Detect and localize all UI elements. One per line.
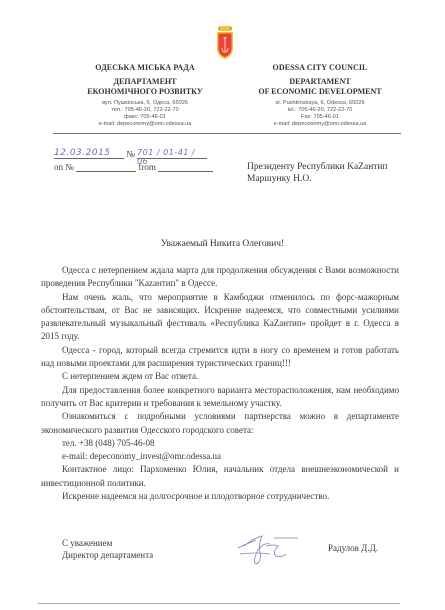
- email: e-mail: depeconomy@omr.odessa.ua: [45, 121, 245, 128]
- fax: Fax: 705-46-01: [220, 114, 420, 121]
- on-number-label: on №: [54, 162, 74, 172]
- contact-person: Контактное лицо: Пархоменко Юлия, началь…: [41, 463, 399, 490]
- salutation: Уважаемый Никита Олегович!: [0, 239, 445, 249]
- letterhead-english: ODESSA CITY COUNCIL DEPARTAMENT OF ECONO…: [220, 63, 420, 128]
- paragraph: Для предоставления более конкретного вар…: [41, 384, 399, 411]
- from-blank: [158, 161, 213, 172]
- from-label: from: [138, 162, 156, 172]
- dept-line1: ДЕПАРТАМЕНТ: [45, 77, 245, 87]
- dept-line2: OF ECONOMIC DEVELOPMENT: [220, 87, 420, 97]
- closing-block: С уважением Директор департамента: [62, 537, 153, 561]
- paragraph: Одесса с нетерпением ждала марта для про…: [41, 264, 399, 291]
- addressee-block: Президенту Республики KaZантип Маршунку …: [247, 161, 388, 185]
- contact-block-en: st. Pushkinskaya, 6, Odessa, 65026 tel.:…: [220, 100, 420, 128]
- phone: tel.: 705-46-20, 722-22-70: [220, 107, 420, 114]
- paragraph: Одесса - город, который всегда стремится…: [41, 344, 399, 371]
- number-sign: №: [126, 149, 135, 159]
- registration-line-incoming: on № from: [54, 161, 213, 172]
- email: e-mail: depeconomy@omr.odessa.ua: [220, 121, 420, 128]
- org-name-ua: ОДЕСЬКА МІСЬКА РАДА: [45, 63, 245, 72]
- dept-name-en: DEPARTAMENT OF ECONOMIC DEVELOPMENT: [220, 77, 420, 97]
- reg-number-handwritten: 701 / 01-41 / 06: [137, 148, 207, 159]
- on-number-blank: [76, 161, 136, 172]
- addressee-title: Президенту Республики KaZантип: [247, 161, 388, 173]
- odessa-coat-of-arms-icon: [216, 26, 234, 60]
- registration-line-outgoing: 12.03.2015 № 701 / 01-41 / 06: [54, 148, 207, 159]
- handwritten-signature-icon: [236, 532, 301, 568]
- fax: факс: 705-46-01: [45, 114, 245, 121]
- letterhead-divider: [53, 133, 401, 134]
- paragraph: С нетерпением ждем от Вас ответа.: [41, 370, 399, 383]
- contact-email: e-mail: depeconomy_invest@omr.odessa.ua: [41, 450, 399, 463]
- addressee-name: Маршунку Н.О.: [247, 173, 388, 185]
- letterhead-ukrainian: ОДЕСЬКА МІСЬКА РАДА ДЕПАРТАМЕНТ ЕКОНОМІЧ…: [45, 63, 245, 128]
- contact-block-ua: вул. Пушкінська, 6, Одеса, 65026 тел.: 7…: [45, 100, 245, 128]
- letter-body: Одесса с нетерпением ждала марта для про…: [41, 264, 399, 503]
- footer-divider: [38, 603, 400, 604]
- phone: тел.: 705-46-20, 722-22-70: [45, 107, 245, 114]
- dept-line1: DEPARTAMENT: [220, 77, 420, 87]
- org-name-en: ODESSA CITY COUNCIL: [220, 63, 420, 72]
- paragraph: Искренне надеемся на долгосрочное и плод…: [41, 490, 399, 503]
- contact-phone: тел. +38 (048) 705-46-08: [41, 437, 399, 450]
- paragraph: Нам очень жаль, что мероприятие в Камбод…: [41, 291, 399, 344]
- address: вул. Пушкінська, 6, Одеса, 65026: [45, 100, 245, 107]
- signer-name: Радулов Д.Д.: [328, 543, 378, 553]
- dept-line2: ЕКОНОМІЧНОГО РОЗВИТКУ: [45, 87, 245, 97]
- dept-name-ua: ДЕПАРТАМЕНТ ЕКОНОМІЧНОГО РОЗВИТКУ: [45, 77, 245, 97]
- address: st. Pushkinskaya, 6, Odessa, 65026: [220, 100, 420, 107]
- closing-regards: С уважением: [62, 537, 153, 549]
- paragraph: Ознакомиться с подробными условиями парт…: [41, 410, 399, 437]
- signer-position: Директор департамента: [62, 549, 153, 561]
- date-handwritten: 12.03.2015: [54, 148, 124, 159]
